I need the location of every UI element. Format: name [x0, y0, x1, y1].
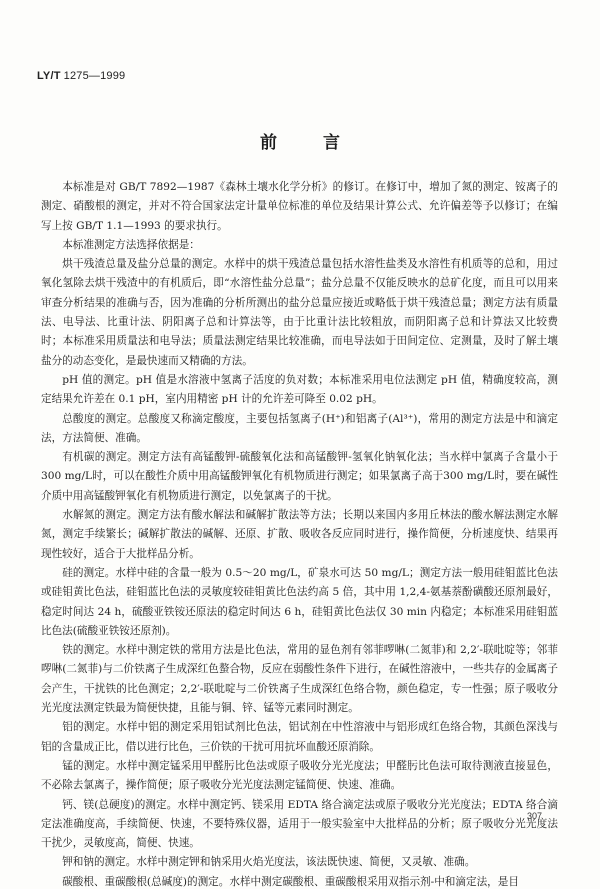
paragraph-iron: 铁的测定。水样中测定铁的常用方法是比色法，常用的显色剂有邻菲啰啉(二氮菲)和 2…: [41, 641, 558, 718]
page-number: 307: [527, 811, 542, 821]
paragraph-residue-salt: 烘干残渣总量及盐分总量的测定。水样中的烘干残渣总量包括水溶性盐类及水溶性有机质等…: [41, 255, 558, 371]
standard-prefix: LY/T: [37, 70, 61, 82]
paragraph-silicon: 硅的测定。水样中硅的含量一般为 0.5～20 mg/L，矿泉水可达 50 mg/…: [41, 564, 558, 641]
paragraph-hydrolyzable-nitrogen: 水解氮的测定。测定方法有酸水解法和碱解扩散法等方法；长期以来国内多用丘林法的酸水…: [41, 506, 558, 564]
paragraph-ph: pH 值的测定。pH 值是水溶液中氢离子活度的负对数；本标准采用电位法测定 pH…: [41, 371, 558, 410]
paragraph-calcium-magnesium: 钙、镁(总硬度)的测定。水样中测定钙、镁采用 EDTA 络合滴定法或原子吸收分光…: [41, 796, 558, 854]
foreword-body: 本标准是对 GB/T 7892—1987《森林土壤水化学分析》的修订。在修订中，…: [41, 178, 558, 889]
paragraph-potassium-sodium: 钾和钠的测定。水样中测定钾和钠采用火焰光度法，该法既快速、简便，又灵敏、准确。: [41, 853, 558, 872]
paragraph-total-acidity: 总酸度的测定。总酸度又称滴定酸度，主要包括氢离子(H⁺)和铝离子(Al³⁺)，常…: [41, 410, 558, 449]
page-title: 前言: [0, 128, 600, 153]
standard-number: 1275—1999: [64, 70, 126, 82]
paragraph-aluminum: 铝的测定。水样中铝的测定采用铝试剂比色法，铝试剂在中性溶液中与铝形成红色络合物，…: [41, 718, 558, 757]
paragraph-manganese: 锰的测定。水样中测定锰采用甲醛肟比色法或原子吸收分光光度法；甲醛肟比色法可取待测…: [41, 757, 558, 796]
paragraph-method-basis: 本标准测定方法选择依据是：: [41, 236, 558, 255]
standard-code-header: LY/T1275—1999: [37, 70, 125, 82]
paragraph-revision-note: 本标准是对 GB/T 7892—1987《森林土壤水化学分析》的修订。在修订中，…: [41, 178, 558, 236]
paragraph-carbonate: 碳酸根、重碳酸根(总碱度)的测定。水样中测定碳酸根、重碳酸根采用双指示剂-中和滴…: [41, 873, 558, 889]
paragraph-organic-carbon: 有机碳的测定。测定方法有高锰酸钾-硫酸氧化法和高锰酸钾-氢氧化钠氧化法；当水样中…: [41, 448, 558, 506]
